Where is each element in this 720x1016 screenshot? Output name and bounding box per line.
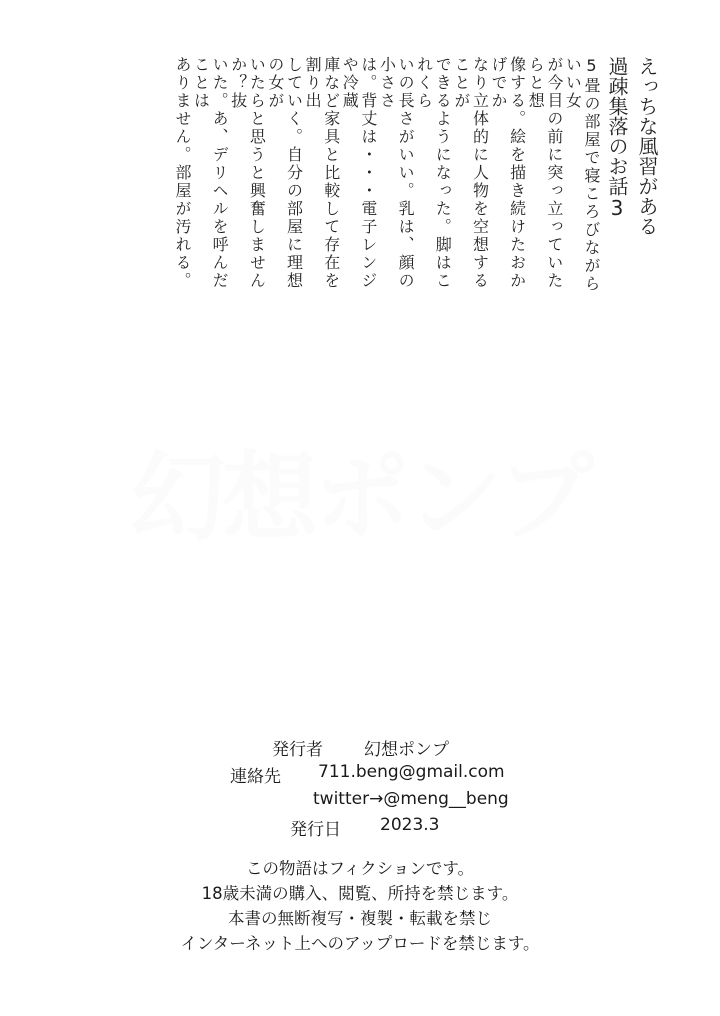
faint-watermark: 幻想ポンプ (20, 430, 700, 550)
legal-notice: この物語はフィクションです。 18歳未満の購入、閲覧、所持を禁じます。 本書の無… (0, 856, 720, 956)
title-line-1: えっちな風習がある (632, 56, 662, 296)
notice-line: インターネット上へのアップロードを禁じます。 (0, 931, 720, 956)
body-column: は。背丈は・・・電子レンジや冷蔵 (340, 56, 377, 296)
body-column: 庫など家具と比較して存在を割り出 (303, 56, 340, 296)
date-value: 2023.3 (380, 815, 439, 835)
body-column: が今目の前に突っ立っていたらと想 (526, 56, 563, 296)
body-column: 像する。絵を描き続けたおかげでか (488, 56, 525, 296)
afterword-block: えっちな風習がある 過疎集落のお話3 5畳の部屋で寝ころびながらいい女 が今目の… (172, 56, 662, 296)
body-column: できるようになった。脚はこれくら (414, 56, 451, 296)
date-label: 発行日 (290, 815, 341, 840)
body-column: いの長さがいい。乳は、顔の小ささ (377, 56, 414, 296)
publisher-value: 幻想ポンプ (364, 735, 449, 760)
body-column: ありません。部屋が汚れる。 (172, 56, 191, 296)
afterword-title: えっちな風習がある 過疎集落のお話3 (602, 56, 662, 296)
body-column: 5畳の部屋で寝ころびながらいい女 (563, 56, 600, 296)
body-column: いた。あ、デリヘルを呼んだことは (191, 56, 228, 296)
contact-twitter[interactable]: twitter→@meng__beng (313, 789, 509, 809)
contact-label: 連絡先 (230, 762, 281, 787)
afterword-body: 5畳の部屋で寝ころびながらいい女 が今目の前に突っ立っていたらと想 像する。絵を… (172, 56, 600, 296)
notice-line: この物語はフィクションです。 (0, 856, 720, 881)
notice-line: 18歳未満の購入、閲覧、所持を禁じます。 (0, 881, 720, 906)
notice-line: 本書の無断複写・複製・転載を禁じ (0, 906, 720, 931)
publisher-label: 発行者 (272, 735, 323, 760)
title-line-2: 過疎集落のお話3 (602, 56, 632, 296)
body-column: なり立体的に人物を空想することが (451, 56, 488, 296)
body-column: いたらと思うと興奮しませんか？抜 (228, 56, 265, 296)
body-column: していく。自分の部屋に理想の女が (265, 56, 302, 296)
contact-email[interactable]: 711.beng@gmail.com (318, 762, 505, 782)
